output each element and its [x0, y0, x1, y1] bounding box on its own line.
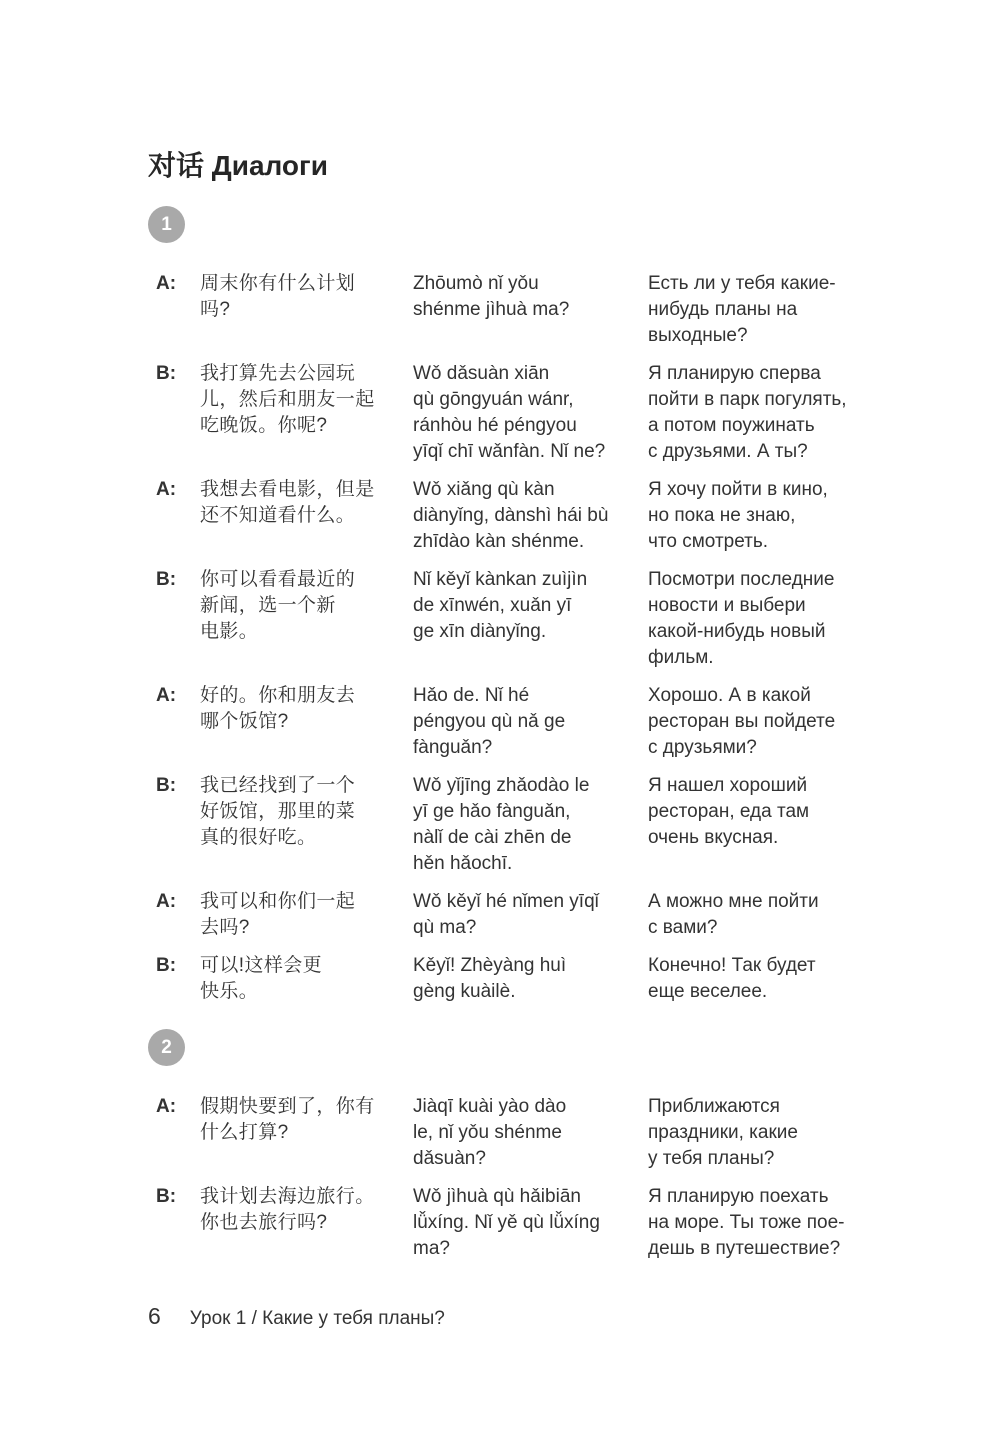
- page-title: 对话 Диалоги: [148, 150, 946, 182]
- pinyin-text: Wǒ dǎsuàn xiān qù gōngyuán wánr, ránhòu …: [413, 361, 648, 465]
- chinese-text: 周末你有什么计划 吗?: [200, 271, 413, 349]
- speaker-label: B:: [148, 567, 200, 671]
- dialogue-number-badge: 2: [148, 1029, 185, 1066]
- pinyin-text: Kěyǐ! Zhèyàng huì gèng kuàilè.: [413, 953, 648, 1005]
- pinyin-text: Jiàqī kuài yào dào le, nǐ yǒu shénme dǎs…: [413, 1094, 648, 1172]
- pinyin-text: Zhōumò nǐ yǒu shénme jìhuà ma?: [413, 271, 648, 349]
- speaker-label: A:: [148, 1094, 200, 1172]
- chinese-text: 我可以和你们一起 去吗?: [200, 889, 413, 941]
- dialogue-rows: A: 假期快要到了，你有 什么打算? Jiàqī kuài yào dào le…: [148, 1094, 946, 1262]
- page-number: 6: [148, 1303, 161, 1330]
- speaker-label: B:: [148, 1184, 200, 1262]
- pinyin-text: Hǎo de. Nǐ hé péngyou qù nǎ ge fànguǎn?: [413, 683, 648, 761]
- dialogue-section-1: 1 A: 周末你有什么计划 吗? Zhōumò nǐ yǒu shénme jì…: [148, 206, 946, 1005]
- pinyin-text: Wǒ kěyǐ hé nǐmen yīqǐ qù ma?: [413, 889, 648, 941]
- russian-text: Я планирую поехать на море. Ты тоже пое-…: [648, 1184, 946, 1262]
- dialogue-rows: A: 周末你有什么计划 吗? Zhōumò nǐ yǒu shénme jìhu…: [148, 271, 946, 1005]
- dialogue-section-2: 2 A: 假期快要到了，你有 什么打算? Jiàqī kuài yào dào …: [148, 1029, 946, 1262]
- dialogue-row: B: 我已经找到了一个 好饭馆，那里的菜 真的很好吃。 Wǒ yǐjīng zh…: [148, 773, 946, 877]
- dialogue-number-badge: 1: [148, 206, 185, 243]
- chinese-text: 可以!这样会更 快乐。: [200, 953, 413, 1005]
- chinese-text: 你可以看看最近的 新闻，选一个新 电影。: [200, 567, 413, 671]
- chinese-text: 好的。你和朋友去 哪个饭馆?: [200, 683, 413, 761]
- speaker-label: A:: [148, 271, 200, 349]
- russian-text: Приближаются праздники, какие у тебя пла…: [648, 1094, 946, 1172]
- chinese-text: 我打算先去公园玩 儿，然后和朋友一起 吃晚饭。你呢?: [200, 361, 413, 465]
- speaker-label: A:: [148, 683, 200, 761]
- dialogue-row: A: 我可以和你们一起 去吗? Wǒ kěyǐ hé nǐmen yīqǐ qù…: [148, 889, 946, 941]
- chinese-text: 我想去看电影，但是 还不知道看什么。: [200, 477, 413, 555]
- chinese-text: 假期快要到了，你有 什么打算?: [200, 1094, 413, 1172]
- chinese-text: 我已经找到了一个 好饭馆，那里的菜 真的很好吃。: [200, 773, 413, 877]
- russian-text: Конечно! Так будет еще веселее.: [648, 953, 946, 1005]
- speaker-label: A:: [148, 477, 200, 555]
- russian-text: Я хочу пойти в кино, но пока не знаю, чт…: [648, 477, 946, 555]
- pinyin-text: Wǒ yǐjīng zhǎodào le yī ge hǎo fànguǎn, …: [413, 773, 648, 877]
- dialogue-row: B: 可以!这样会更 快乐。 Kěyǐ! Zhèyàng huì gèng ku…: [148, 953, 946, 1005]
- russian-text: А можно мне пойти с вами?: [648, 889, 946, 941]
- dialogue-row: A: 假期快要到了，你有 什么打算? Jiàqī kuài yào dào le…: [148, 1094, 946, 1172]
- pinyin-text: Nǐ kěyǐ kànkan zuìjìn de xīnwén, xuǎn yī…: [413, 567, 648, 671]
- pinyin-text: Wǒ xiǎng qù kàn diànyǐng, dànshì hái bù …: [413, 477, 648, 555]
- chinese-text: 我计划去海边旅行。 你也去旅行吗?: [200, 1184, 413, 1262]
- speaker-label: B:: [148, 361, 200, 465]
- dialogue-row: A: 好的。你和朋友去 哪个饭馆? Hǎo de. Nǐ hé péngyou …: [148, 683, 946, 761]
- russian-text: Хорошо. А в какой ресторан вы пойдете с …: [648, 683, 946, 761]
- dialogue-row: B: 我打算先去公园玩 儿，然后和朋友一起 吃晚饭。你呢? Wǒ dǎsuàn …: [148, 361, 946, 465]
- speaker-label: B:: [148, 953, 200, 1005]
- dialogue-row: B: 我计划去海边旅行。 你也去旅行吗? Wǒ jìhuà qù hǎibiān…: [148, 1184, 946, 1262]
- russian-text: Я нашел хороший ресторан, еда там очень …: [648, 773, 946, 877]
- speaker-label: B:: [148, 773, 200, 877]
- footer-lesson-title: Урок 1 / Какие у тебя планы?: [190, 1308, 445, 1330]
- dialogue-row: A: 周末你有什么计划 吗? Zhōumò nǐ yǒu shénme jìhu…: [148, 271, 946, 349]
- russian-text: Есть ли у тебя какие- нибудь планы на вы…: [648, 271, 946, 349]
- speaker-label: A:: [148, 889, 200, 941]
- dialogue-row: A: 我想去看电影，但是 还不知道看什么。 Wǒ xiǎng qù kàn di…: [148, 477, 946, 555]
- russian-text: Я планирую сперва пойти в парк погулять,…: [648, 361, 946, 465]
- russian-text: Посмотри последние новости и выбери како…: [648, 567, 946, 671]
- pinyin-text: Wǒ jìhuà qù hǎibiān lǚxíng. Nǐ yě qù lǚx…: [413, 1184, 648, 1262]
- textbook-page: 对话 Диалоги 1 A: 周末你有什么计划 吗? Zhōumò nǐ yǒ…: [0, 0, 986, 1447]
- dialogue-row: B: 你可以看看最近的 新闻，选一个新 电影。 Nǐ kěyǐ kànkan z…: [148, 567, 946, 671]
- page-footer: 6 Урок 1 / Какие у тебя планы?: [148, 1303, 445, 1330]
